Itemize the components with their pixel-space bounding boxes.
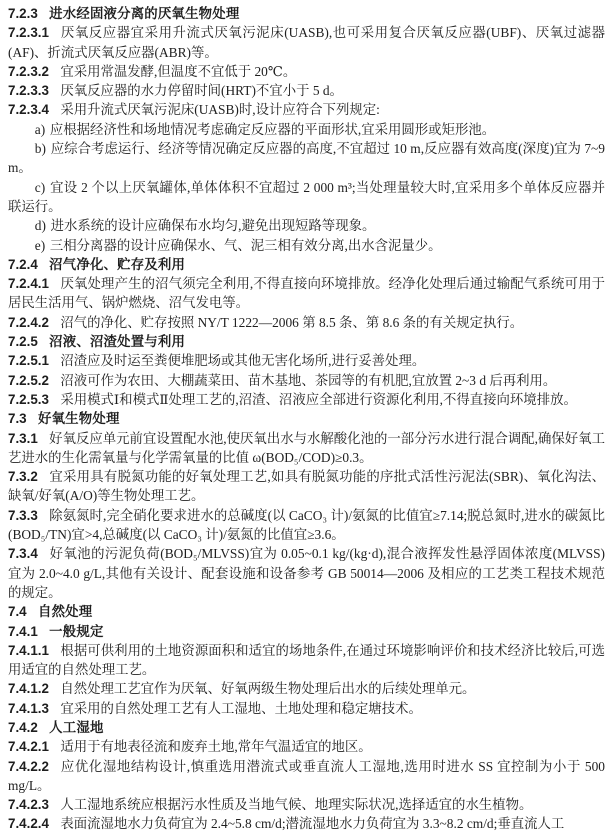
sub-list-item: b)应综合考虑运行、经济等情况确定反应器的高度,不宜超过 10 m,反应器有效高… <box>8 139 605 178</box>
clause-paragraph: 7.2.4.2沼气的净化、贮存按照 NY/T 1222—2006 第 8.5 条… <box>8 313 605 332</box>
sub-item-label: c) <box>35 180 45 195</box>
clause-paragraph: 7.2.5.3采用模式Ⅰ和模式Ⅱ处理工艺的,沼渣、沼液应全部进行资源化利用,不得… <box>8 390 605 409</box>
clause-number: 7.2.5.3 <box>8 392 49 407</box>
clause-number: 7.4 <box>8 604 27 619</box>
clause-text: 好氧反应单元前宜设置配水池,使厌氧出水与水解酸化池的一部分污水进行混合调配,确保… <box>8 431 605 465</box>
clause-number: 7.2.4.1 <box>8 276 49 291</box>
sub-item-label: d) <box>35 218 46 233</box>
clause-text: 人工湿地系统应根据污水性质及当地气候、地理实际状况,选择适宜的水生植物。 <box>60 797 532 812</box>
section-heading: 7.4.1一般规定 <box>8 622 605 641</box>
clause-paragraph: 7.4.2.4表面流湿地水力负荷宜为 2.4~5.8 cm/d;潜流湿地水力负荷… <box>8 814 605 833</box>
heading-text: 人工湿地 <box>49 720 103 735</box>
heading-text: 自然处理 <box>38 604 92 619</box>
clause-number: 7.4.1.1 <box>8 643 49 658</box>
heading-text: 好氧生物处理 <box>38 411 120 426</box>
clause-number: 7.3.4 <box>8 546 38 561</box>
heading-text: 沼气净化、贮存及利用 <box>49 257 185 272</box>
clause-text: 沼液可作为农田、大棚蔬菜田、苗木基地、茶园等的有机肥,宜放置 2~3 d 后再利… <box>60 373 556 388</box>
section-heading: 7.3好氧生物处理 <box>8 409 605 428</box>
clause-number: 7.2.5.2 <box>8 373 49 388</box>
clause-number: 7.4.1.3 <box>8 701 49 716</box>
clause-text: 应根据经济性和场地情况考虑确定反应器的平面形状,宜采用圆形或矩形池。 <box>50 122 495 137</box>
clause-number: 7.3.2 <box>8 469 38 484</box>
clause-number: 7.4.1 <box>8 624 38 639</box>
sub-list-item: e)三相分离器的设计应确保水、气、泥三相有效分离,出水含泥量少。 <box>8 236 605 255</box>
clause-paragraph: 7.2.4.1厌氧处理产生的沼气须完全利用,不得直接向环境排放。经净化处理后通过… <box>8 274 605 313</box>
clause-paragraph: 7.2.3.2宜采用常温发酵,但温度不宜低于 20℃。 <box>8 62 605 81</box>
sub-item-label: b) <box>35 141 46 156</box>
sub-list-item: c)宜设 2 个以上厌氧罐体,单体体积不宜超过 2 000 m³;当处理量较大时… <box>8 178 605 217</box>
clause-paragraph: 7.2.5.1沼渣应及时运至粪便堆肥场或其他无害化场所,进行妥善处理。 <box>8 351 605 370</box>
clause-number: 7.2.4 <box>8 257 38 272</box>
clause-number: 7.4.2.1 <box>8 739 49 754</box>
clause-text: 根据可供利用的土地资源面积和适宜的场地条件,在通过环境影响评价和技术经济比较后,… <box>8 643 605 677</box>
clause-number: 7.2.3.3 <box>8 83 49 98</box>
section-heading: 7.2.5沼液、沼渣处置与利用 <box>8 332 605 351</box>
clause-paragraph: 7.4.1.1根据可供利用的土地资源面积和适宜的场地条件,在通过环境影响评价和技… <box>8 641 605 680</box>
clause-paragraph: 7.4.1.3宜采用的自然处理工艺有人工湿地、土地处理和稳定塘技术。 <box>8 699 605 718</box>
clause-number: 7.2.5.1 <box>8 353 49 368</box>
clause-number: 7.2.3.2 <box>8 64 49 79</box>
clause-text: 厌氧反应器宜采用升流式厌氧污泥床(UASB),也可采用复合厌氧反应器(UBF)、… <box>8 25 605 59</box>
clause-number: 7.3 <box>8 411 27 426</box>
clause-paragraph: 7.3.2宜采用具有脱氮功能的好氧处理工艺,如具有脱氮功能的序批式活性污泥法(S… <box>8 467 605 506</box>
sub-list-item: d)进水系统的设计应确保布水均匀,避免出现短路等现象。 <box>8 216 605 235</box>
clause-text: 自然处理工艺宜作为厌氧、好氧两级生物处理后出水的后续处理单元。 <box>60 681 475 696</box>
clause-text: 沼渣应及时运至粪便堆肥场或其他无害化场所,进行妥善处理。 <box>60 353 425 368</box>
clause-paragraph: 7.2.3.1厌氧反应器宜采用升流式厌氧污泥床(UASB),也可采用复合厌氧反应… <box>8 23 605 62</box>
sub-item-label: e) <box>35 238 45 253</box>
clause-number: 7.2.3.1 <box>8 25 49 40</box>
clause-paragraph: 7.4.2.2应优化湿地结构设计,慎重选用潜流式或垂直流人工湿地,选用时进水 S… <box>8 757 605 796</box>
clause-text: 宜设 2 个以上厌氧罐体,单体体积不宜超过 2 000 m³;当处理量较大时,宜… <box>8 180 605 214</box>
section-heading: 7.2.4沼气净化、贮存及利用 <box>8 255 605 274</box>
clause-text: 进水系统的设计应确保布水均匀,避免出现短路等现象。 <box>51 218 376 233</box>
clause-paragraph: 7.4.1.2自然处理工艺宜作为厌氧、好氧两级生物处理后出水的后续处理单元。 <box>8 679 605 698</box>
clause-text: 厌氧反应器的水力停留时间(HRT)不宜小于 5 d。 <box>60 83 343 98</box>
clause-text: 好氧池的污泥负荷(BOD₅/MLVSS)宜为 0.05~0.1 kg/(kg·d… <box>8 546 605 600</box>
clause-text: 适用于有地表径流和废弃土地,常年气温适宜的地区。 <box>60 739 371 754</box>
clause-text: 除氨氮时,完全硝化要求进水的总碱度(以 CaCO₃ 计)/氨氮的比值宜≥7.14… <box>8 508 605 542</box>
sub-list-item: a)应根据经济性和场地情况考虑确定反应器的平面形状,宜采用圆形或矩形池。 <box>8 120 605 139</box>
clause-number: 7.2.5 <box>8 334 38 349</box>
clause-text: 宜采用常温发酵,但温度不宜低于 20℃。 <box>60 64 296 79</box>
clause-text: 采用升流式厌氧污泥床(UASB)时,设计应符合下列规定: <box>60 102 380 117</box>
document-body: 7.2.3进水经固液分离的厌氧生物处理7.2.3.1厌氧反应器宜采用升流式厌氧污… <box>8 4 605 834</box>
clause-number: 7.4.2.4 <box>8 816 49 831</box>
section-heading: 7.4自然处理 <box>8 602 605 621</box>
heading-text: 一般规定 <box>49 624 103 639</box>
clause-paragraph: 7.4.2.3人工湿地系统应根据污水性质及当地气候、地理实际状况,选择适宜的水生… <box>8 795 605 814</box>
section-heading: 7.4.2人工湿地 <box>8 718 605 737</box>
clause-paragraph: 7.2.3.4采用升流式厌氧污泥床(UASB)时,设计应符合下列规定: <box>8 100 605 119</box>
clause-text: 沼气的净化、贮存按照 NY/T 1222—2006 第 8.5 条、第 8.6 … <box>60 315 523 330</box>
clause-paragraph: 7.3.3除氨氮时,完全硝化要求进水的总碱度(以 CaCO₃ 计)/氨氮的比值宜… <box>8 506 605 545</box>
clause-paragraph: 7.2.3.3厌氧反应器的水力停留时间(HRT)不宜小于 5 d。 <box>8 81 605 100</box>
section-heading: 7.2.3进水经固液分离的厌氧生物处理 <box>8 4 605 23</box>
clause-number: 7.2.4.2 <box>8 315 49 330</box>
clause-paragraph: 7.3.1好氧反应单元前宜设置配水池,使厌氧出水与水解酸化池的一部分污水进行混合… <box>8 429 605 468</box>
clause-paragraph: 7.4.2.1适用于有地表径流和废弃土地,常年气温适宜的地区。 <box>8 737 605 756</box>
clause-number: 7.2.3 <box>8 6 38 21</box>
clause-text: 应综合考虑运行、经济等情况确定反应器的高度,不宜超过 10 m,反应器有效高度(… <box>8 141 605 175</box>
heading-text: 进水经固液分离的厌氧生物处理 <box>49 6 239 21</box>
clause-text: 宜采用的自然处理工艺有人工湿地、土地处理和稳定塘技术。 <box>60 701 422 716</box>
clause-number: 7.4.2.3 <box>8 797 49 812</box>
clause-text: 厌氧处理产生的沼气须完全利用,不得直接向环境排放。经净化处理后通过输配气系统可用… <box>8 276 605 310</box>
clause-paragraph: 7.2.5.2沼液可作为农田、大棚蔬菜田、苗木基地、茶园等的有机肥,宜放置 2~… <box>8 371 605 390</box>
clause-number: 7.3.1 <box>8 431 38 446</box>
clause-text: 三相分离器的设计应确保水、气、泥三相有效分离,出水含泥量少。 <box>50 238 442 253</box>
clause-number: 7.3.3 <box>8 508 38 523</box>
clause-number: 7.4.2 <box>8 720 38 735</box>
clause-text: 采用模式Ⅰ和模式Ⅱ处理工艺的,沼渣、沼液应全部进行资源化利用,不得直接向环境排放… <box>60 392 577 407</box>
clause-number: 7.4.1.2 <box>8 681 49 696</box>
clause-text: 应优化湿地结构设计,慎重选用潜流式或垂直流人工湿地,选用时进水 SS 宜控制为小… <box>8 759 605 793</box>
heading-text: 沼液、沼渣处置与利用 <box>49 334 185 349</box>
document-page: 7.2.3进水经固液分离的厌氧生物处理7.2.3.1厌氧反应器宜采用升流式厌氧污… <box>0 0 614 834</box>
clause-text: 表面流湿地水力负荷宜为 2.4~5.8 cm/d;潜流湿地水力负荷宜为 3.3~… <box>60 816 564 831</box>
clause-text: 宜采用具有脱氮功能的好氧处理工艺,如具有脱氮功能的序批式活性污泥法(SBR)、氧… <box>8 469 605 503</box>
sub-item-label: a) <box>35 122 45 137</box>
clause-paragraph: 7.3.4好氧池的污泥负荷(BOD₅/MLVSS)宜为 0.05~0.1 kg/… <box>8 544 605 602</box>
clause-number: 7.2.3.4 <box>8 102 49 117</box>
clause-number: 7.4.2.2 <box>8 759 49 774</box>
